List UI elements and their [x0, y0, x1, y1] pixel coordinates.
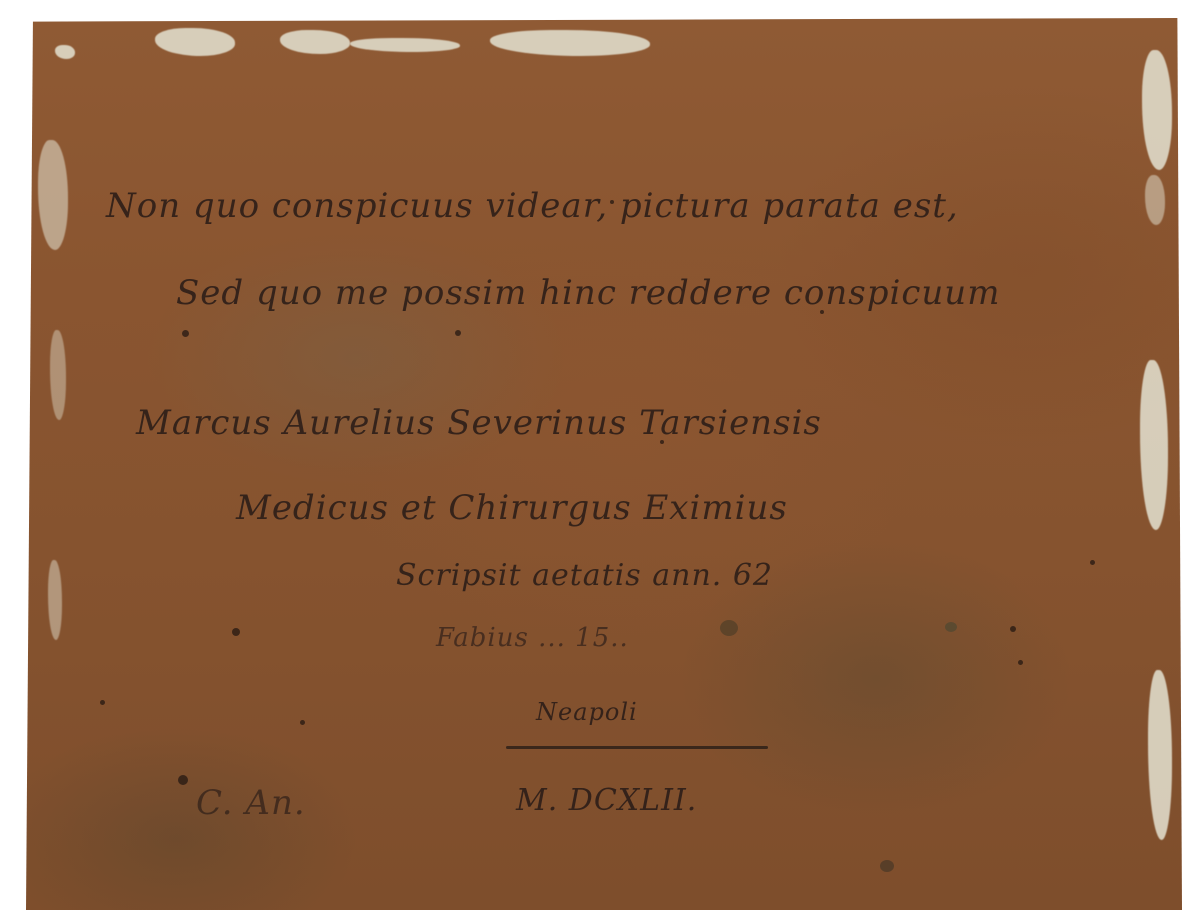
inscription-line-3: Marcus Aurelius Severinus Tarsiensis — [136, 403, 822, 443]
speck — [232, 628, 240, 636]
corrosion-left-2 — [50, 330, 66, 420]
speck — [100, 700, 105, 705]
corrosion-left-3 — [48, 560, 62, 640]
speck — [660, 440, 664, 444]
speck — [1090, 560, 1095, 565]
inscription-line-5: Scripsit aetatis ann. 62 — [396, 558, 773, 593]
inscription-line-9: M. DCXLII. — [516, 783, 697, 818]
corrosion-top-5 — [55, 45, 75, 59]
corrosion-right-2 — [1145, 175, 1165, 225]
inscription-line-2: Sed quo me possim hinc reddere conspicuu… — [176, 273, 1000, 313]
inscription-line-8: C. An. — [196, 783, 306, 823]
inscription-line-1: Non quo conspicuus videar, pictura parat… — [106, 186, 959, 226]
speck — [455, 330, 461, 336]
speck — [178, 775, 188, 785]
inscription-line-6: Fabius ... 15.. — [436, 623, 629, 653]
speck — [1018, 660, 1023, 665]
inscription: Non quo conspicuus videar, pictura parat… — [26, 18, 1182, 910]
speck — [182, 330, 189, 337]
speck — [880, 860, 894, 872]
inscription-rule — [506, 746, 768, 749]
inscription-line-4: Medicus et Chirurgus Eximius — [236, 488, 788, 528]
speck — [720, 620, 738, 636]
speck — [610, 200, 614, 204]
speck — [820, 310, 824, 314]
speck — [1010, 626, 1016, 632]
inscription-line-7: Neapoli — [536, 698, 638, 726]
speck — [300, 720, 305, 725]
speck — [945, 622, 957, 632]
